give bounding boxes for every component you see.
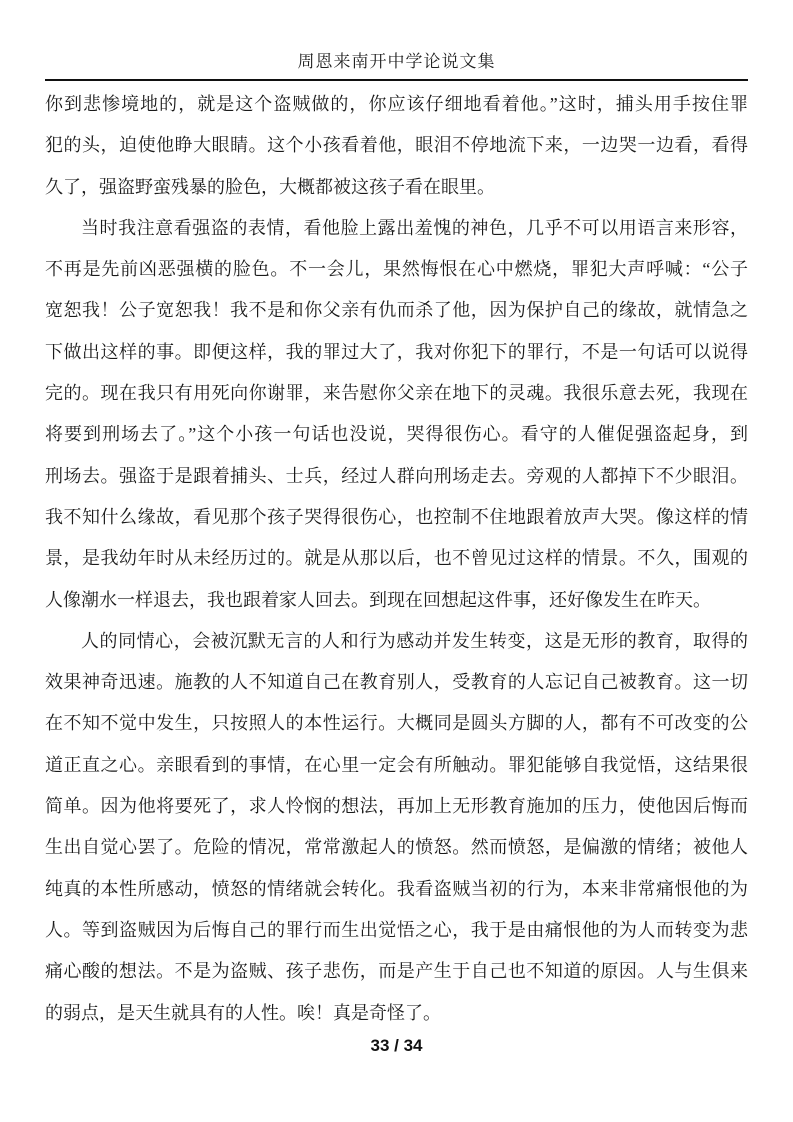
paragraph-3: 人的同情心，会被沉默无言的人和行为感动并发生转变，这是无形的教育，取得的 效果神… — [45, 621, 748, 1034]
text-line: 人。等到盗贼因为后悔自己的罪行而生出觉悟之心，我于是由痛恨他的为人而转变为悲 — [45, 910, 748, 951]
document-page: 周恩来南开中学论说文集 你到悲惨境地的，就是这个盗贼做的，你应该仔细地看着他。”… — [0, 0, 793, 1122]
text-line: 的弱点，是天生就具有的人性。唉！真是奇怪了。 — [45, 993, 748, 1034]
text-line: 道正直之心。亲眼看到的事情，在心里一定会有所触动。罪犯能够自我觉悟，这结果很 — [45, 745, 748, 786]
text-line: 你到悲惨境地的，就是这个盗贼做的，你应该仔细地看着他。”这时，捕头用手按住罪 — [45, 84, 748, 125]
text-line: 人的同情心，会被沉默无言的人和行为感动并发生转变，这是无形的教育，取得的 — [45, 621, 748, 662]
text-line: 下做出这样的事。即便这样，我的罪过大了，我对你犯下的罪行，不是一句话可以说得 — [45, 332, 748, 373]
header-rule — [45, 79, 748, 81]
text-line: 效果神奇迅速。施教的人不知道自己在教育别人，受教育的人忘记自己被教育。这一切 — [45, 662, 748, 703]
page-header: 周恩来南开中学论说文集 — [45, 0, 748, 70]
text-line: 生出自觉心罢了。危险的情况，常常激起人的愤怒。然而愤怒，是偏激的情绪；被他人 — [45, 827, 748, 868]
paragraph-1: 你到悲惨境地的，就是这个盗贼做的，你应该仔细地看着他。”这时，捕头用手按住罪 犯… — [45, 84, 748, 208]
text-line: 完的。现在我只有用死向你谢罪，来告慰你父亲在地下的灵魂。我很乐意去死，我现在 — [45, 373, 748, 414]
text-line: 在不知不觉中发生，只按照人的本性运行。大概同是圆头方脚的人，都有不可改变的公 — [45, 703, 748, 744]
text-line: 简单。因为他将要死了，求人怜悯的想法，再加上无形教育施加的压力，使他因后悔而 — [45, 786, 748, 827]
page-number: 33 / 34 — [371, 1036, 423, 1055]
text-line: 景，是我幼年时从未经历过的。就是从那以后，也不曾见过这样的情景。不久，围观的 — [45, 538, 748, 579]
text-line: 不再是先前凶恶强横的脸色。不一会儿，果然悔恨在心中燃烧，罪犯大声呼喊：“公子 — [45, 249, 748, 290]
document-body: 你到悲惨境地的，就是这个盗贼做的，你应该仔细地看着他。”这时，捕头用手按住罪 犯… — [45, 84, 748, 1034]
text-line: 纯真的本性所感动，愤怒的情绪就会转化。我看盗贼当初的行为，本来非常痛恨他的为 — [45, 869, 748, 910]
text-line: 宽恕我！公子宽恕我！我不是和你父亲有仇而杀了他，因为保护自己的缘故，就情急之 — [45, 290, 748, 331]
text-line: 犯的头，迫使他睁大眼睛。这个小孩看着他，眼泪不停地流下来，一边哭一边看，看得 — [45, 125, 748, 166]
text-line: 刑场去。强盗于是跟着捕头、士兵，经过人群向刑场走去。旁观的人都掉下不少眼泪。 — [45, 456, 748, 497]
text-line: 将要到刑场去了。”这个小孩一句话也没说，哭得很伤心。看守的人催促强盗起身，到 — [45, 414, 748, 455]
paragraph-2: 当时我注意看强盗的表情，看他脸上露出羞愧的神色，几乎不可以用语言来形容， 不再是… — [45, 208, 748, 621]
text-line: 久了，强盗野蛮残暴的脸色，大概都被这孩子看在眼里。 — [45, 167, 748, 208]
page-footer: 33 / 34 — [45, 1036, 748, 1056]
text-line: 当时我注意看强盗的表情，看他脸上露出羞愧的神色，几乎不可以用语言来形容， — [45, 208, 748, 249]
text-line: 痛心酸的想法。不是为盗贼、孩子悲伤，而是产生于自己也不知道的原因。人与生俱来 — [45, 951, 748, 992]
document-title: 周恩来南开中学论说文集 — [298, 52, 496, 71]
text-line: 人像潮水一样退去，我也跟着家人回去。到现在回想起这件事，还好像发生在昨天。 — [45, 580, 748, 621]
text-line: 我不知什么缘故，看见那个孩子哭得很伤心，也控制不住地跟着放声大哭。像这样的情 — [45, 497, 748, 538]
